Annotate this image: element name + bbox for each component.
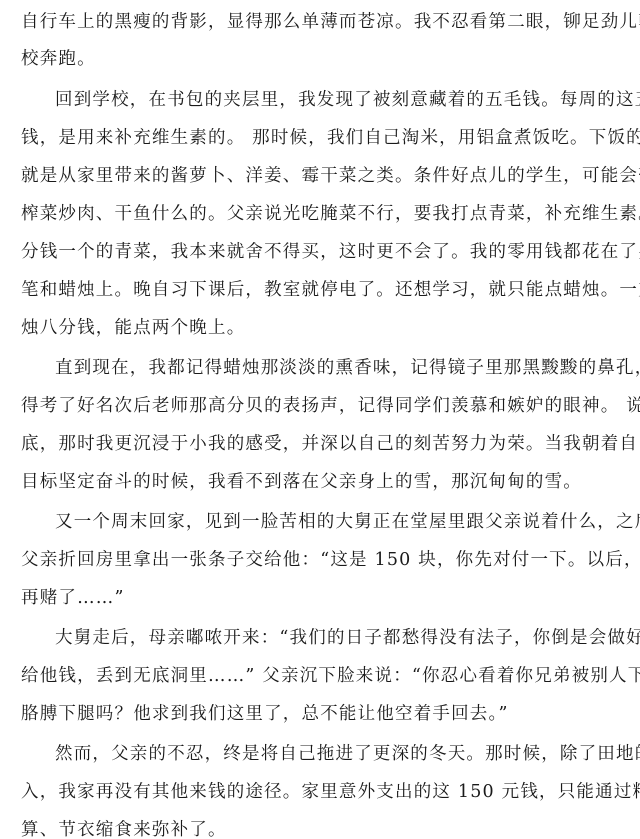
text-line: 底，那时我更沉浸于小我的感受，并深以自己的刻苦努力为荣。当我朝着自己的: [21, 433, 625, 455]
document-page: 自行车上的黑瘦的背影，显得那么单薄而苍凉。我不忍看第二眼，铆足劲儿朝学 校奔跑。…: [0, 0, 640, 839]
text-line: 直到现在，我都记得蜡烛那淡淡的熏香味，记得镜子里那黑黢黢的鼻孔，记: [55, 357, 625, 379]
text-line: 钱，是用来补充维生素的。 那时候，我们自己淘米，用铝盒煮饭吃。下饭的菜，: [21, 127, 625, 149]
text-line: 得考了好名次后老师那高分贝的表扬声，记得同学们羡慕和嫉妒的眼神。 说到: [21, 395, 625, 417]
text-line: 然而，父亲的不忍，终是将自己拖进了更深的冬天。那时候，除了田地的收: [55, 743, 625, 765]
text-line: 胳膊下腿吗？他求到我们这里了，总不能让他空着手回去。”: [21, 703, 625, 725]
text-line: 回到学校，在书包的夹层里，我发现了被刻意藏着的五毛钱。每周的这五毛: [55, 89, 625, 111]
text-line: 校奔跑。: [21, 48, 625, 70]
text-line: 烛八分钱，能点两个晚上。: [21, 317, 625, 339]
text-line: 算、节衣缩食来弥补了。: [21, 819, 625, 839]
text-line: 再赌了……”: [21, 587, 625, 609]
text-line: 笔和蜡烛上。晚自习下课后，教室就停电了。还想学习，就只能点蜡烛。一支蜡: [21, 279, 625, 301]
text-line: 父亲折回房里拿出一张条子交给他：“这是 150 块，你先对付一下。以后，不要: [21, 549, 625, 571]
text-line: 榨菜炒肉、干鱼什么的。父亲说光吃腌菜不行，要我打点青菜，补充维生素。 五: [21, 203, 625, 225]
text-line: 给他钱，丢到无底洞里……” 父亲沉下脸来说：“你忍心看着你兄弟被别人下: [21, 665, 625, 687]
text-line: 分钱一个的青菜，我本来就舍不得买，这时更不会了。我的零用钱都花在了买纸: [21, 241, 625, 263]
text-line: 自行车上的黑瘦的背影，显得那么单薄而苍凉。我不忍看第二眼，铆足劲儿朝学: [21, 11, 625, 33]
text-line: 入，我家再没有其他来钱的途径。家里意外支出的这 150 元钱，只能通过精打细: [21, 781, 625, 803]
text-line: 就是从家里带来的酱萝卜、洋姜、霉干菜之类。条件好点儿的学生，可能会带些: [21, 165, 625, 187]
text-line: 大舅走后，母亲嘟哝开来：“我们的日子都愁得没有法子，你倒是会做好人，: [55, 627, 625, 649]
text-line: 又一个周末回家，见到一脸苦相的大舅正在堂屋里跟父亲说着什么，之后，: [55, 511, 625, 533]
text-line: 目标坚定奋斗的时候，我看不到落在父亲身上的雪，那沉甸甸的雪。: [21, 471, 625, 493]
